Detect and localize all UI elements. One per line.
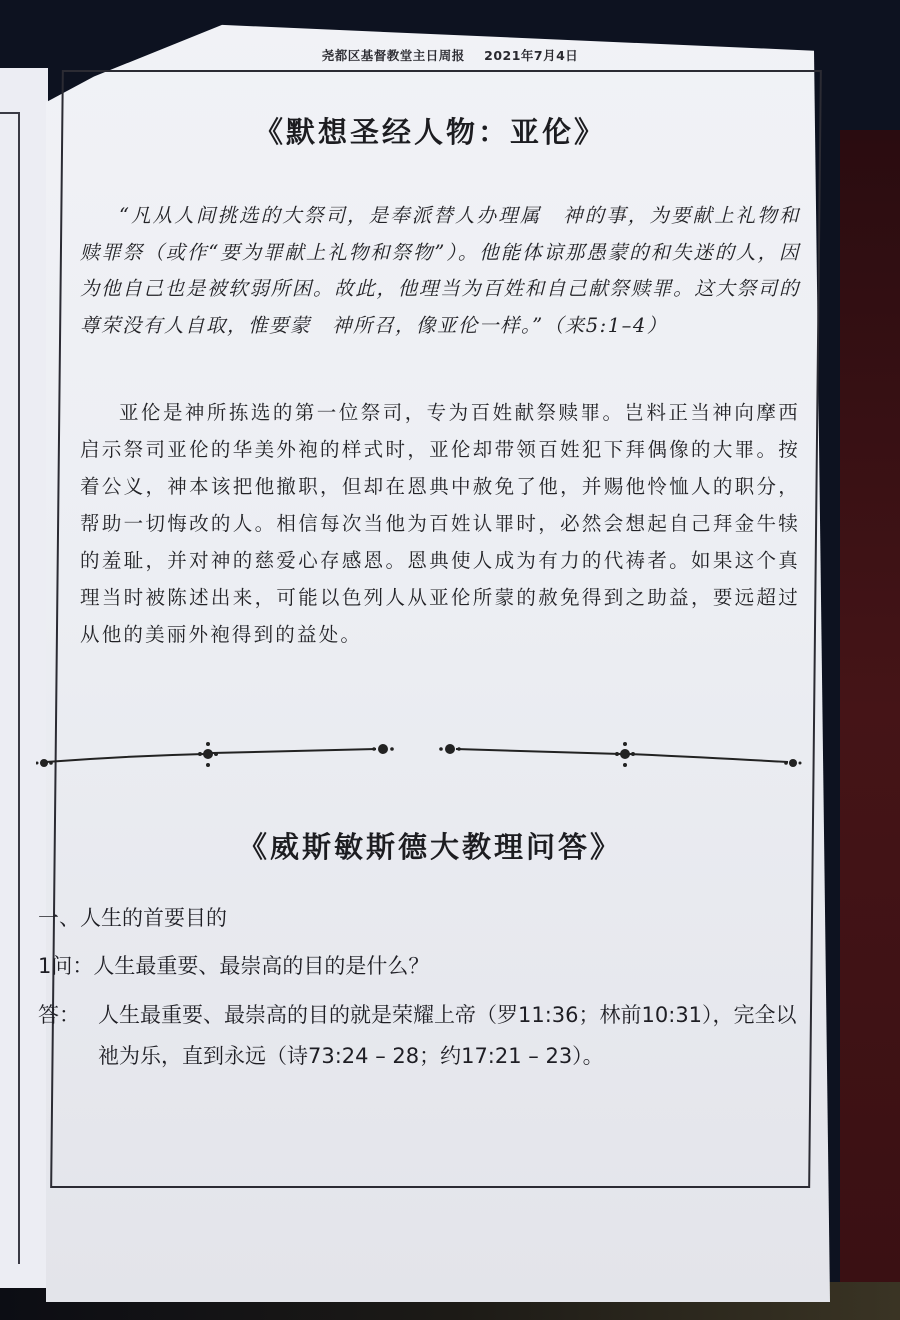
catechism-section-heading: 一、人生的首要目的 (38, 902, 808, 932)
catechism-answer: 答： 人生最重要、最崇高的目的就是荣耀上帝（罗11:36；林前10:31），完全… (38, 995, 808, 1077)
issue-date: 2021年7月4日 (484, 48, 578, 63)
article-title-aaron: 《默想圣经人物：亚伦》 (0, 110, 860, 151)
ornamental-divider-icon (36, 740, 806, 776)
background-table-edge (840, 130, 900, 1290)
question-text: 人生最重要、最崇高的目的是什么？ (93, 954, 429, 978)
answer-text: 人生最重要、最崇高的目的就是荣耀上帝（罗11:36；林前10:31），完全以祂为… (98, 995, 808, 1077)
left-facing-page (0, 68, 48, 1288)
article-body: 亚伦是神所拣选的第一位祭司，专为百姓献祭赎罪。岂料正当神向摩西启示祭司亚伦的华美… (80, 394, 800, 653)
article-title-catechism: 《威斯敏斯德大教理问答》 (0, 825, 860, 866)
scripture-quote: “凡从人间挑选的大祭司，是奉派替人办理属 神的事，为要献上礼物和赎罪祭（或作“要… (80, 198, 800, 344)
catechism-question: 1问：人生最重要、最崇高的目的是什么？ (38, 950, 808, 980)
left-page-border (0, 112, 20, 1264)
running-header: 尧都区基督教堂主日周报 2021年7月4日 (0, 46, 900, 64)
question-label: 1问： (38, 954, 93, 978)
publication-name: 尧都区基督教堂主日周报 (322, 48, 465, 63)
answer-label: 答： (38, 995, 80, 1036)
